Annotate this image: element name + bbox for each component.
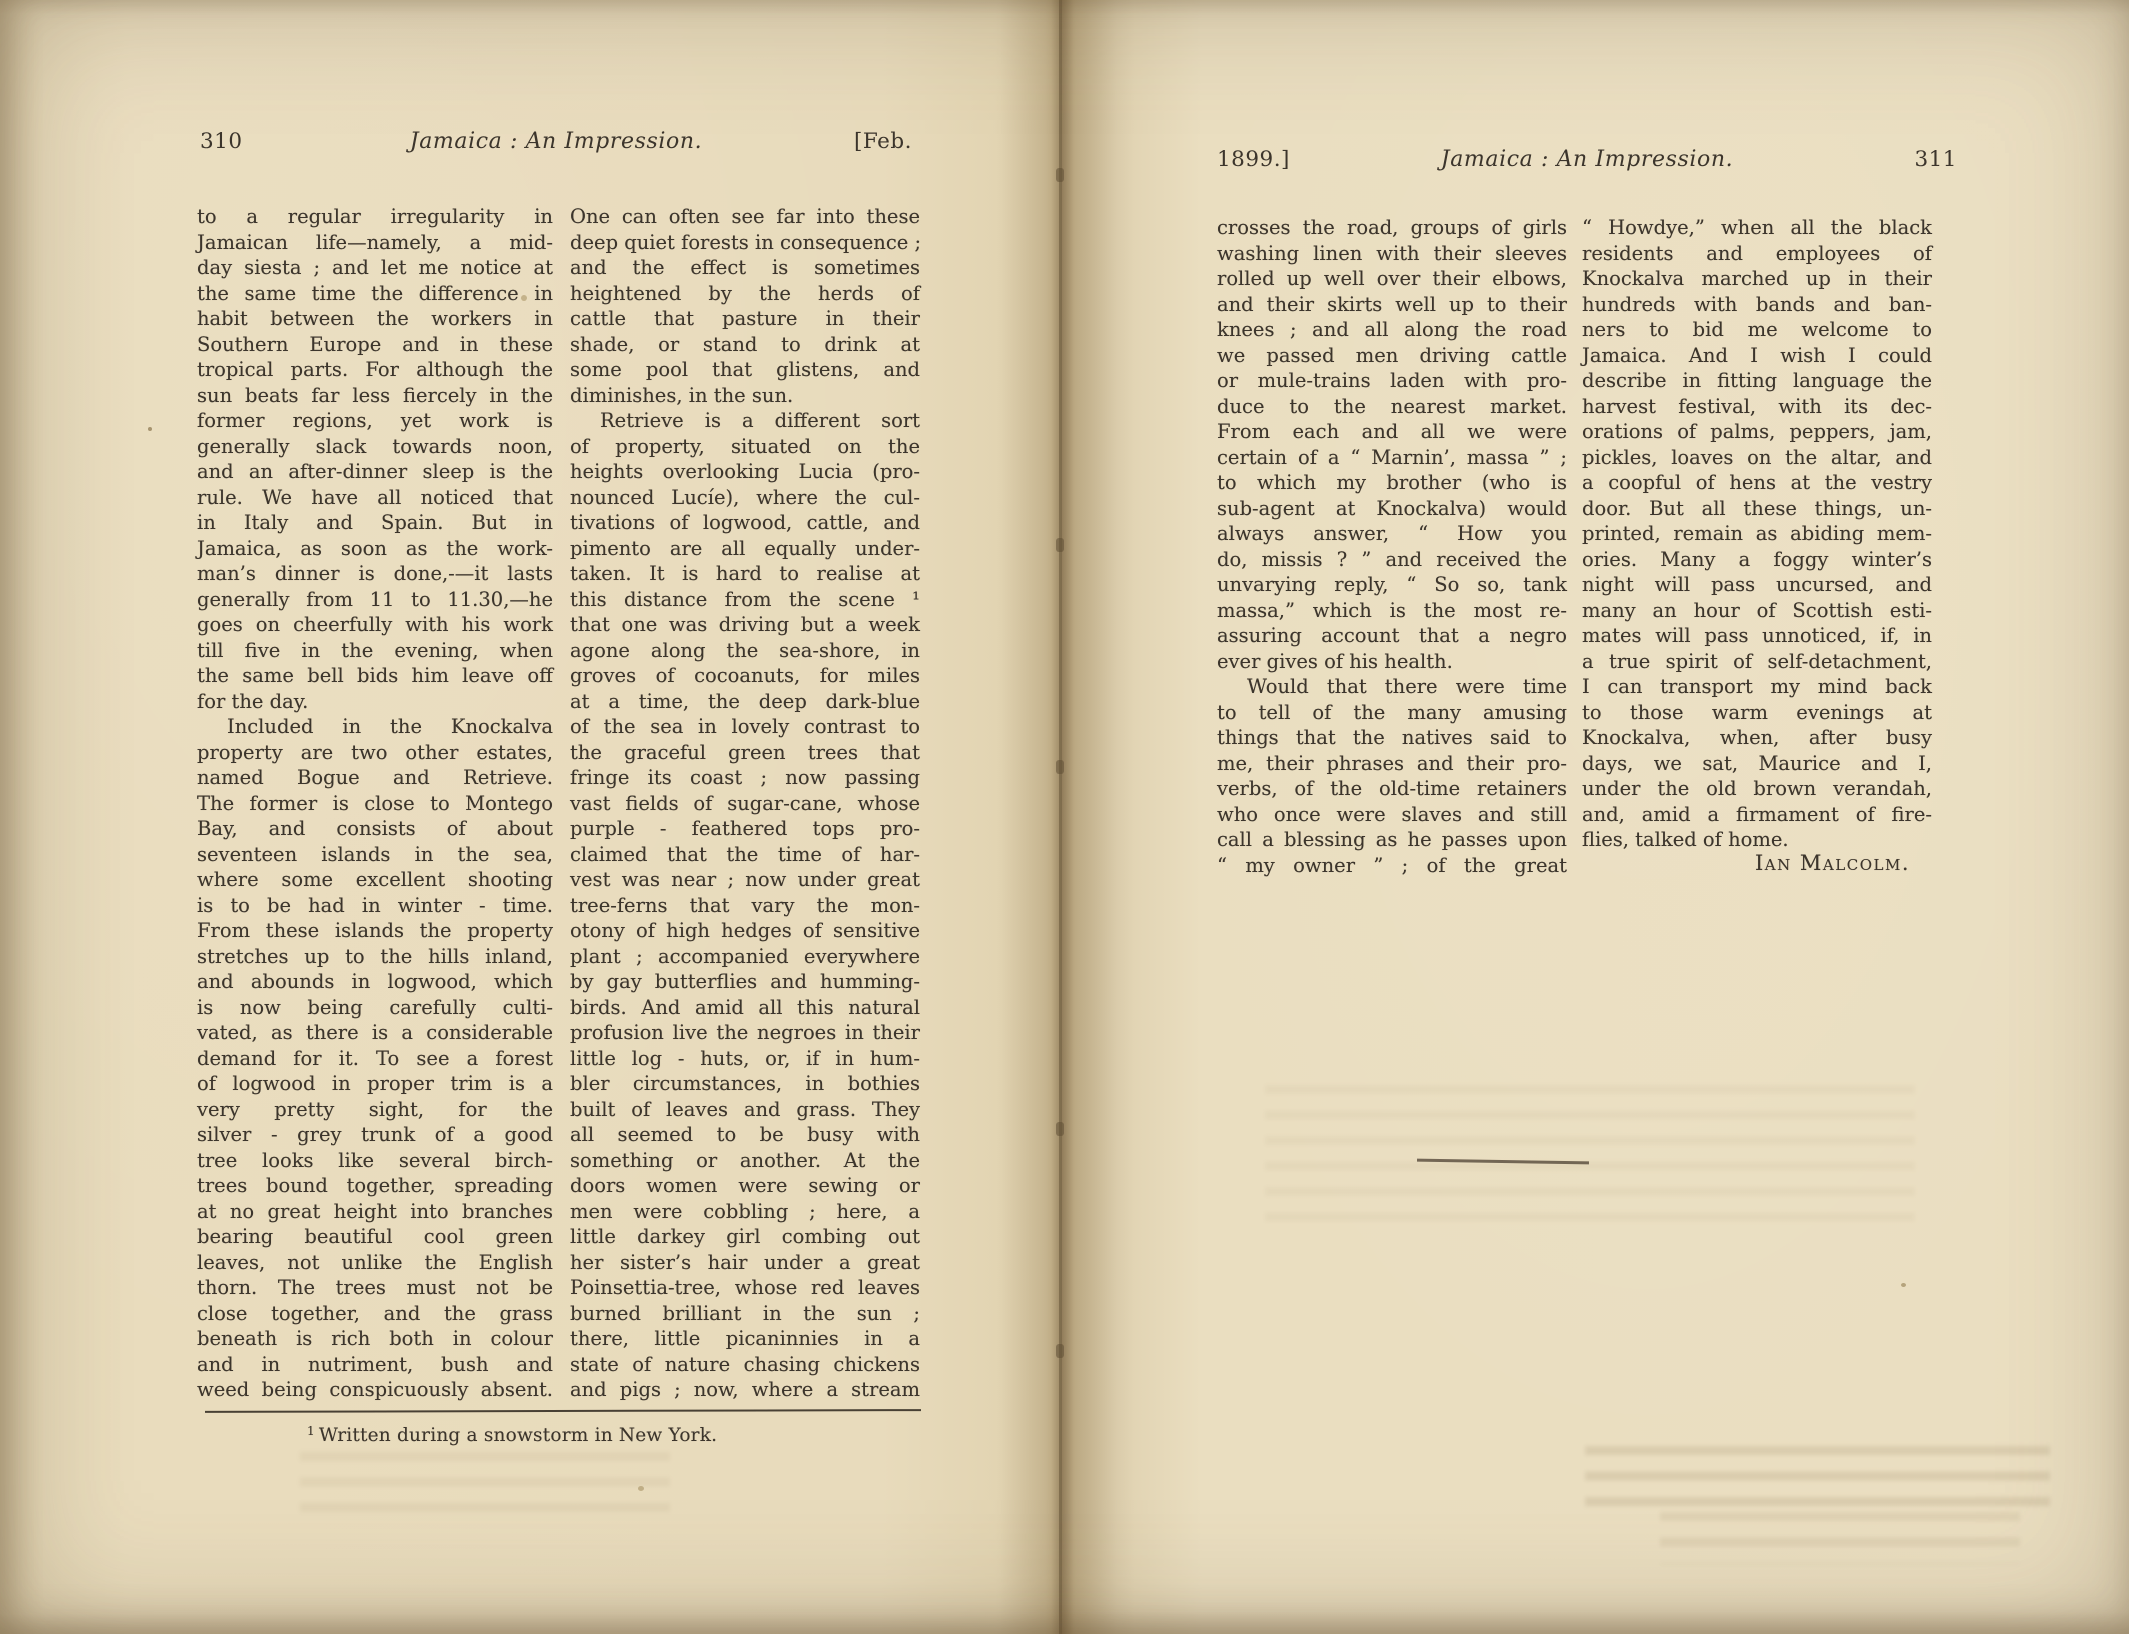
- text-line: little darkey girl combing out: [570, 1224, 920, 1250]
- text-line: Would that there were time: [1217, 674, 1567, 700]
- text-line: who once were slaves and still: [1217, 802, 1567, 828]
- text-line: is to be had in winter - time.: [197, 893, 553, 919]
- text-line: state of nature chasing chickens: [570, 1352, 920, 1378]
- text-line: describe in fitting language the: [1582, 368, 1932, 394]
- text-line: groves of cocoanuts, for miles: [570, 663, 920, 689]
- text-line: Included in the Knockalva: [197, 714, 553, 740]
- text-line: a coopful of hens at the vestry: [1582, 470, 1932, 496]
- text-line: habit between the workers in: [197, 306, 553, 332]
- text-line: and their skirts well up to their: [1217, 292, 1567, 318]
- text-line: ners to bid me welcome to: [1582, 317, 1932, 343]
- text-line: generally slack towards noon,: [197, 434, 553, 460]
- text-line: purple - feathered tops pro-: [570, 816, 920, 842]
- text-line: tropical parts. For although the: [197, 357, 553, 383]
- binding-crease: [1059, 0, 1062, 1634]
- text-line: orations of palms, peppers, jam,: [1582, 419, 1932, 445]
- text-line: and, amid a firmament of fire-: [1582, 802, 1932, 828]
- text-line: there, little picaninnies in a: [570, 1326, 920, 1352]
- text-line: and an after-dinner sleep is the: [197, 459, 553, 485]
- text-line: unvarying reply, “ So so, tank: [1217, 572, 1567, 598]
- text-line: The former is close to Montego: [197, 791, 553, 817]
- text-line: sub-agent at Knockalva) would: [1217, 496, 1567, 522]
- right-running-title: Jamaica : An Impression.: [1441, 147, 1733, 172]
- text-line: burned brilliant in the sun ;: [570, 1301, 920, 1327]
- text-line: always answer, “ How you: [1217, 521, 1567, 547]
- text-line: tree-ferns that vary the mon-: [570, 893, 920, 919]
- text-line: night will pass uncursed, and: [1582, 572, 1932, 598]
- footnote-marker: 1: [307, 1424, 315, 1438]
- text-line: at no great height into branches: [197, 1199, 553, 1225]
- text-line: of property, situated on the: [570, 434, 920, 460]
- paper-speck: [1901, 1283, 1906, 1287]
- year-mark: 1899.]: [1217, 147, 1441, 172]
- text-line: mates will pass unnoticed, if, in: [1582, 623, 1932, 649]
- text-line: silver - grey trunk of a good: [197, 1122, 553, 1148]
- text-line: heightened by the herds of: [570, 281, 920, 307]
- text-line: rolled up well over their elbows,: [1217, 266, 1567, 292]
- text-line: residents and employees of: [1582, 241, 1932, 267]
- text-line: goes on cheerfully with his work: [197, 612, 553, 638]
- text-line: of the sea in lovely contrast to: [570, 714, 920, 740]
- text-line: to tell of the many amusing: [1217, 700, 1567, 726]
- text-line: sun beats far less fiercely in the: [197, 383, 553, 409]
- left-page-column-2: One can often see far into thesedeep qui…: [570, 204, 920, 1403]
- text-line: property are two other estates,: [197, 740, 553, 766]
- text-line: leaves, not unlike the English: [197, 1250, 553, 1276]
- binding-stitch: [1056, 1122, 1064, 1136]
- text-line: days, we sat, Maurice and I,: [1582, 751, 1932, 777]
- text-line: heights overlooking Lucia (pro-: [570, 459, 920, 485]
- text-line: Knockalva marched up in their: [1582, 266, 1932, 292]
- paper-speck: [521, 295, 527, 301]
- binding-stitch: [1056, 1344, 1064, 1358]
- text-line: fringe its coast ; now passing: [570, 765, 920, 791]
- left-page-number: 310: [200, 129, 410, 154]
- text-line: diminishes, in the sun.: [570, 383, 920, 409]
- text-line: ories. Many a foggy winter’s: [1582, 547, 1932, 573]
- text-line: claimed that the time of har-: [570, 842, 920, 868]
- text-line: stretches up to the hills inland,: [197, 944, 553, 970]
- text-line: all seemed to be busy with: [570, 1122, 920, 1148]
- text-line: close together, and the grass: [197, 1301, 553, 1327]
- text-line: and pigs ; now, where a stream: [570, 1377, 920, 1403]
- text-line: otony of high hedges of sensitive: [570, 918, 920, 944]
- binding-stitch: [1056, 760, 1064, 774]
- text-line: named Bogue and Retrieve.: [197, 765, 553, 791]
- text-line: shade, or stand to drink at: [570, 332, 920, 358]
- text-line: men were cobbling ; here, a: [570, 1199, 920, 1225]
- text-line: many an hour of Scottish esti-: [1582, 598, 1932, 624]
- text-line: rule. We have all noticed that: [197, 485, 553, 511]
- text-line: duce to the nearest market.: [1217, 394, 1567, 420]
- text-line: built of leaves and grass. They: [570, 1097, 920, 1123]
- text-line: Bay, and consists of about: [197, 816, 553, 842]
- text-line: Jamaica, as soon as the work-: [197, 536, 553, 562]
- text-line: hundreds with bands and ban-: [1582, 292, 1932, 318]
- text-line: the same bell bids him leave off: [197, 663, 553, 689]
- text-line: knees ; and all along the road: [1217, 317, 1567, 343]
- text-line: cattle that pasture in their: [570, 306, 920, 332]
- text-line: nounced Lucíe), where the cul-: [570, 485, 920, 511]
- text-line: things that the natives said to: [1217, 725, 1567, 751]
- text-line: under the old brown verandah,: [1582, 776, 1932, 802]
- text-line: taken. It is hard to realise at: [570, 561, 920, 587]
- right-page-header: 1899.] Jamaica : An Impression. 311: [1217, 147, 1957, 172]
- issue-date-mark: [Feb.: [854, 129, 912, 154]
- text-line: generally from 11 to 11.30,—he: [197, 587, 553, 613]
- text-line: printed, remain as abiding mem-: [1582, 521, 1932, 547]
- text-line: tree looks like several birch-: [197, 1148, 553, 1174]
- text-line: “ Howdye,” when all the black: [1582, 215, 1932, 241]
- paper-speck: [638, 1486, 644, 1491]
- right-page-column-1: crosses the road, groups of girlswashing…: [1217, 215, 1567, 878]
- text-line: crosses the road, groups of girls: [1217, 215, 1567, 241]
- text-line: Retrieve is a different sort: [570, 408, 920, 434]
- text-line: birds. And amid all this natural: [570, 995, 920, 1021]
- text-line: trees bound together, spreading: [197, 1173, 553, 1199]
- left-page-header: 310 Jamaica : An Impression. [Feb.: [200, 129, 912, 154]
- book-spread-scan: 310 Jamaica : An Impression. [Feb. 1899.…: [0, 0, 2129, 1634]
- text-line: or mule-trains laden with pro-: [1217, 368, 1567, 394]
- paper-speck: [148, 427, 152, 431]
- text-line: thorn. The trees must not be: [197, 1275, 553, 1301]
- text-line: at a time, the deep dark-blue: [570, 689, 920, 715]
- text-line: this distance from the scene ¹: [570, 587, 920, 613]
- footnote: 1Written during a snowstorm in New York.: [307, 1424, 717, 1446]
- text-line: in Italy and Spain. But in: [197, 510, 553, 536]
- text-line: that one was driving but a week: [570, 612, 920, 638]
- text-line: doors women were sewing or: [570, 1173, 920, 1199]
- text-line: and in nutriment, bush and: [197, 1352, 553, 1378]
- text-line: flies, talked of home.: [1582, 827, 1932, 853]
- text-line: where some excellent shooting: [197, 867, 553, 893]
- text-line: is now being carefully culti-: [197, 995, 553, 1021]
- text-line: for the day.: [197, 689, 553, 715]
- text-line: massa,” which is the most re-: [1217, 598, 1567, 624]
- text-line: Poinsettia-tree, whose red leaves: [570, 1275, 920, 1301]
- text-line: Knockalva, when, after busy: [1582, 725, 1932, 751]
- text-line: till five in the evening, when: [197, 638, 553, 664]
- footnote-text: Written during a snowstorm in New York.: [319, 1425, 717, 1446]
- text-line: profusion live the negroes in their: [570, 1020, 920, 1046]
- text-line: One can often see far into these: [570, 204, 920, 230]
- text-line: some pool that glistens, and: [570, 357, 920, 383]
- text-line: vest was near ; now under great: [570, 867, 920, 893]
- text-line: assuring account that a negro: [1217, 623, 1567, 649]
- text-line: plant ; accompanied everywhere: [570, 944, 920, 970]
- text-line: her sister’s hair under a great: [570, 1250, 920, 1276]
- right-page-column-2: “ Howdye,” when all the blackresidents a…: [1582, 215, 1932, 853]
- text-line: vated, as there is a considerable: [197, 1020, 553, 1046]
- text-line: bler circumstances, in bothies: [570, 1071, 920, 1097]
- text-line: the graceful green trees that: [570, 740, 920, 766]
- text-line: the same time the difference in: [197, 281, 553, 307]
- text-line: call a blessing as he passes upon: [1217, 827, 1567, 853]
- text-line: vast fields of sugar-cane, whose: [570, 791, 920, 817]
- author-signature: Ian Malcolm.: [1582, 851, 1932, 875]
- text-line: and abounds in logwood, which: [197, 969, 553, 995]
- text-line: harvest festival, with its dec-: [1582, 394, 1932, 420]
- text-line: we passed men driving cattle: [1217, 343, 1567, 369]
- text-line: door. But all these things, un-: [1582, 496, 1932, 522]
- text-line: day siesta ; and let me notice at: [197, 255, 553, 281]
- text-line: former regions, yet work is: [197, 408, 553, 434]
- text-line: From each and all we were: [1217, 419, 1567, 445]
- text-line: something or another. At the: [570, 1148, 920, 1174]
- text-line: verbs, of the old-time retainers: [1217, 776, 1567, 802]
- binding-stitch: [1056, 538, 1064, 552]
- text-line: beneath is rich both in colour: [197, 1326, 553, 1352]
- text-line: pimento are all equally under-: [570, 536, 920, 562]
- text-line: agone along the sea-shore, in: [570, 638, 920, 664]
- text-line: washing linen with their sleeves: [1217, 241, 1567, 267]
- text-line: “ my owner ” ; of the great: [1217, 853, 1567, 879]
- text-line: do, missis ? ” and received the: [1217, 547, 1567, 573]
- text-line: Jamaican life—namely, a mid-: [197, 230, 553, 256]
- text-line: to a regular irregularity in: [197, 204, 553, 230]
- left-page-column-1: to a regular irregularity inJamaican lif…: [197, 204, 553, 1403]
- text-line: I can transport my mind back: [1582, 674, 1932, 700]
- text-line: deep quiet forests in consequence ;: [570, 230, 920, 256]
- text-line: by gay butterflies and humming-: [570, 969, 920, 995]
- text-line: Southern Europe and in these: [197, 332, 553, 358]
- text-line: of logwood in proper trim is a: [197, 1071, 553, 1097]
- text-line: bearing beautiful cool green: [197, 1224, 553, 1250]
- text-line: man’s dinner is done,-—it lasts: [197, 561, 553, 587]
- text-line: demand for it. To see a forest: [197, 1046, 553, 1072]
- text-line: and the effect is sometimes: [570, 255, 920, 281]
- text-line: to those warm evenings at: [1582, 700, 1932, 726]
- text-line: seventeen islands in the sea,: [197, 842, 553, 868]
- text-line: pickles, loaves on the altar, and: [1582, 445, 1932, 471]
- binding-stitch: [1056, 168, 1064, 182]
- text-line: certain of a “ Marnin’, massa ” ;: [1217, 445, 1567, 471]
- text-line: a true spirit of self-detachment,: [1582, 649, 1932, 675]
- right-page-number: 311: [1914, 147, 1957, 172]
- text-line: me, their phrases and their pro-: [1217, 751, 1567, 777]
- text-line: very pretty sight, for the: [197, 1097, 553, 1123]
- text-line: to which my brother (who is: [1217, 470, 1567, 496]
- text-line: ever gives of his health.: [1217, 649, 1567, 675]
- text-line: weed being conspicuously absent.: [197, 1377, 553, 1403]
- text-line: little log - huts, or, if in hum-: [570, 1046, 920, 1072]
- text-line: From these islands the property: [197, 918, 553, 944]
- text-line: tivations of logwood, cattle, and: [570, 510, 920, 536]
- left-running-title: Jamaica : An Impression.: [410, 129, 702, 154]
- text-line: Jamaica. And I wish I could: [1582, 343, 1932, 369]
